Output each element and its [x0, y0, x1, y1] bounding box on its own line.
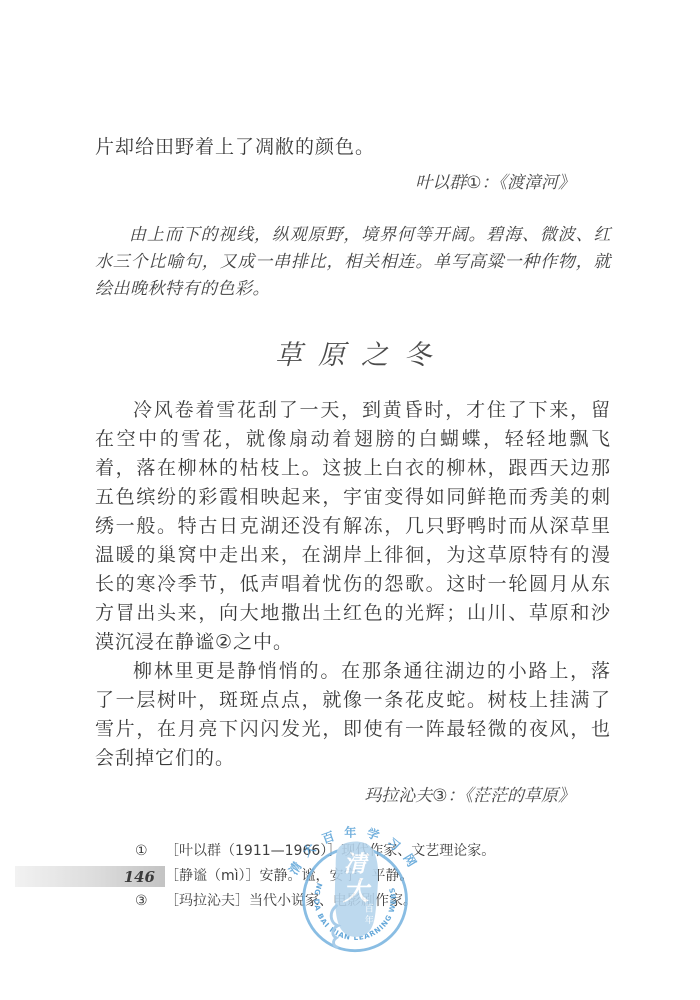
page-content: 片却给田野着上了凋敝的颜色。 叶以群①：《渡漳河》 由上而下的视线，纵观原野，境…: [95, 133, 611, 914]
excerpt-attribution-malaqinfu: 玛拉沁夫③：《茫茫的草原》: [95, 783, 611, 809]
footnote-3: ③ ［玛拉沁夫］当代小说家、电影剧作家。: [135, 889, 611, 914]
page-number: 146: [124, 868, 155, 886]
previous-excerpt-last-line: 片却给田野着上了凋敝的颜色。: [95, 133, 611, 162]
footnote-3-text: ［玛拉沁夫］当代小说家、电影剧作家。: [165, 889, 611, 914]
section-title-grassland-winter: 草原之冬: [95, 333, 611, 372]
excerpt-attribution-ye-yiqun: 叶以群①：《渡漳河》: [95, 170, 611, 196]
footnote-3-marker: ③: [135, 889, 165, 914]
body-paragraph-1: 冷风卷着雪花刮了一天，到黄昏时，才住了下来，留在空中的雪花，就像扇动着翅膀的白蝴…: [95, 396, 611, 657]
footnote-1-marker: ①: [135, 839, 165, 864]
footnote-1-text: ［叶以群（1911—1966）］现代作家、文艺理论家。: [165, 839, 611, 864]
watermark-seal-small-bottom: 年: [365, 914, 374, 926]
footnote-1: ① ［叶以群（1911—1966）］现代作家、文艺理论家。: [135, 839, 611, 864]
footnotes-block: ① ［叶以群（1911—1966）］现代作家、文艺理论家。 ② ［静谧（mì）］…: [95, 839, 611, 914]
footnote-2-text: ［静谧（mì）］安静。谧，安宁，平静。: [165, 864, 611, 889]
editor-commentary: 由上而下的视线，纵观原野，境界何等开阔。碧海、微波、红水三个比喻句，又成一串排比…: [95, 222, 611, 303]
footnote-2: ② ［静谧（mì）］安静。谧，安宁，平静。: [135, 864, 611, 889]
page-number-bar: 146: [15, 866, 165, 887]
textbook-page: 片却给田野着上了凋敝的颜色。 叶以群①：《渡漳河》 由上而下的视线，纵观原野，境…: [0, 0, 700, 1000]
body-paragraph-2: 柳林里更是静悄悄的。在那条通往湖边的小路上，落了一层树叶，斑斑点点，就像一条花皮…: [95, 657, 611, 773]
